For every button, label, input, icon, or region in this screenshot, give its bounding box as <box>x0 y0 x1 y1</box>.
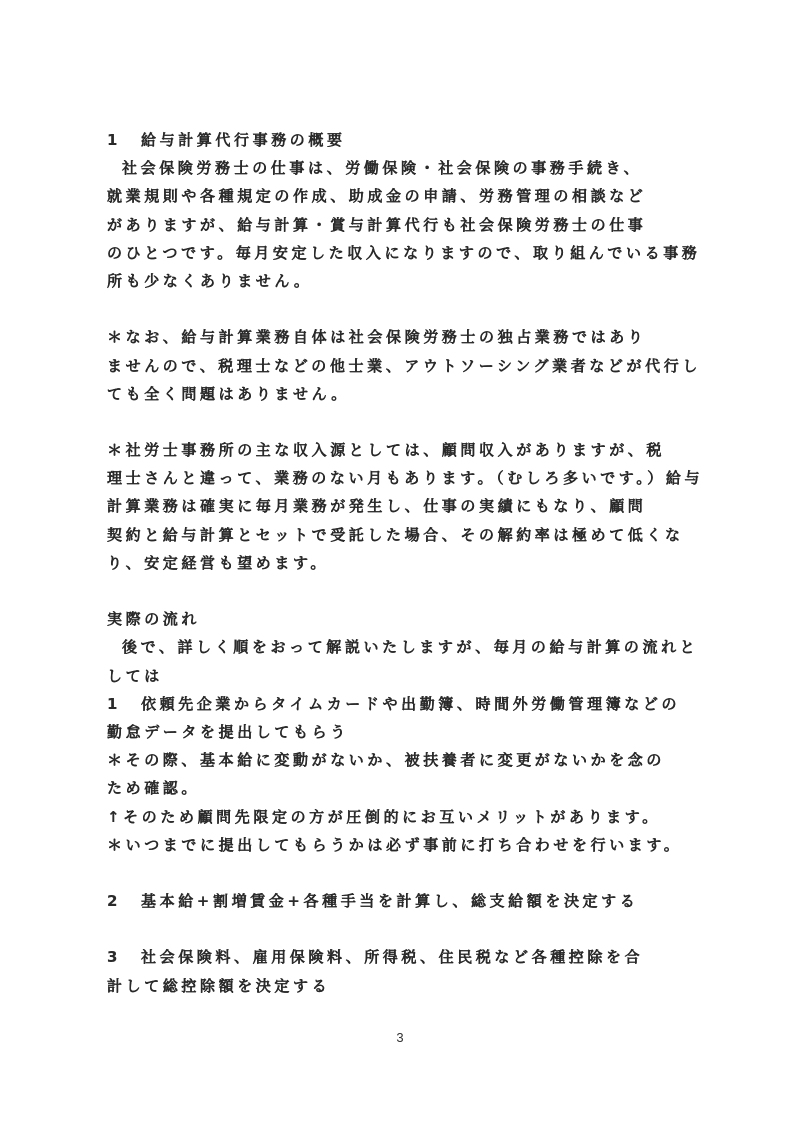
step-number: 3 <box>107 943 141 971</box>
step-2: 2基本給+割増賃金+各種手当を計算し、総支給額を決定する <box>107 887 667 915</box>
step-text: 基本給+割増賃金+各種手当を計算し、総支給額を決定する <box>141 892 638 910</box>
note-line: り、安定経営も望めます。 <box>107 549 667 577</box>
spacer <box>107 295 667 323</box>
step-note-line: ＊いつまでに提出してもらうかは必ず事前に打ち合わせを行います。 <box>107 831 667 859</box>
note-line: ＊なお、給与計算業務自体は社会保険労務士の独占業務ではあり <box>107 323 667 351</box>
document-page: 1給与計算代行事務の概要 社会保険労務士の仕事は、労働保険・社会保険の事務手続き… <box>107 126 667 1000</box>
step-text-line: 計して総控除額を決定する <box>107 972 667 1000</box>
step-note-line: ため確認。 <box>107 774 667 802</box>
section-heading: 1給与計算代行事務の概要 <box>107 126 667 154</box>
flow-intro-line: 後で、詳しく順をおって解説いたしますが、毎月の給与計算の流れと <box>107 633 667 661</box>
step-note-line: ↑そのため顧問先限定の方が圧倒的にお互いメリットがあります。 <box>107 803 667 831</box>
note-line: ませんので、税理士などの他士業、アウトソーシング業者などが代行し <box>107 352 667 380</box>
section-number: 1 <box>107 126 141 154</box>
paragraph-line: のひとつです。毎月安定した収入になりますので、取り組んでいる事務 <box>107 239 667 267</box>
paragraph-line: 社会保険労務士の仕事は、労働保険・社会保険の事務手続き、 <box>107 154 667 182</box>
step-3: 3社会保険料、雇用保険料、所得税、住民税など各種控除を合 <box>107 943 667 971</box>
paragraph-line: 就業規則や各種規定の作成、助成金の申請、労務管理の相談など <box>107 182 667 210</box>
paragraph-line: 所も少なくありません。 <box>107 267 667 295</box>
note-line: ＊社労士事務所の主な収入源としては、顧問収入がありますが、税 <box>107 436 667 464</box>
step-number: 2 <box>107 887 141 915</box>
step-text-line: 勤怠データを提出してもらう <box>107 718 667 746</box>
step-number: 1 <box>107 690 141 718</box>
step-1: 1依頼先企業からタイムカードや出勤簿、時間外労働管理簿などの <box>107 690 667 718</box>
flow-intro-line: しては <box>107 662 667 690</box>
section-title: 給与計算代行事務の概要 <box>141 131 346 149</box>
spacer <box>107 915 667 943</box>
spacer <box>107 577 667 605</box>
note-line: ても全く問題はありません。 <box>107 380 667 408</box>
step-note-line: ＊その際、基本給に変動がないか、被扶養者に変更がないかを念の <box>107 746 667 774</box>
step-text: 依頼先企業からタイムカードや出勤簿、時間外労働管理簿などの <box>141 695 680 713</box>
page-number: 3 <box>0 1030 800 1045</box>
note-line: 理士さんと違って、業務のない月もあります。（むしろ多いです。）給与 <box>107 464 667 492</box>
spacer <box>107 408 667 436</box>
note-line: 計算業務は確実に毎月業務が発生し、仕事の実績にもなり、顧問 <box>107 492 667 520</box>
paragraph-line: がありますが、給与計算・賞与計算代行も社会保険労務士の仕事 <box>107 211 667 239</box>
note-line: 契約と給与計算とセットで受託した場合、その解約率は極めて低くな <box>107 521 667 549</box>
flow-heading: 実際の流れ <box>107 605 667 633</box>
step-text: 社会保険料、雇用保険料、所得税、住民税など各種控除を合 <box>141 948 643 966</box>
spacer <box>107 859 667 887</box>
